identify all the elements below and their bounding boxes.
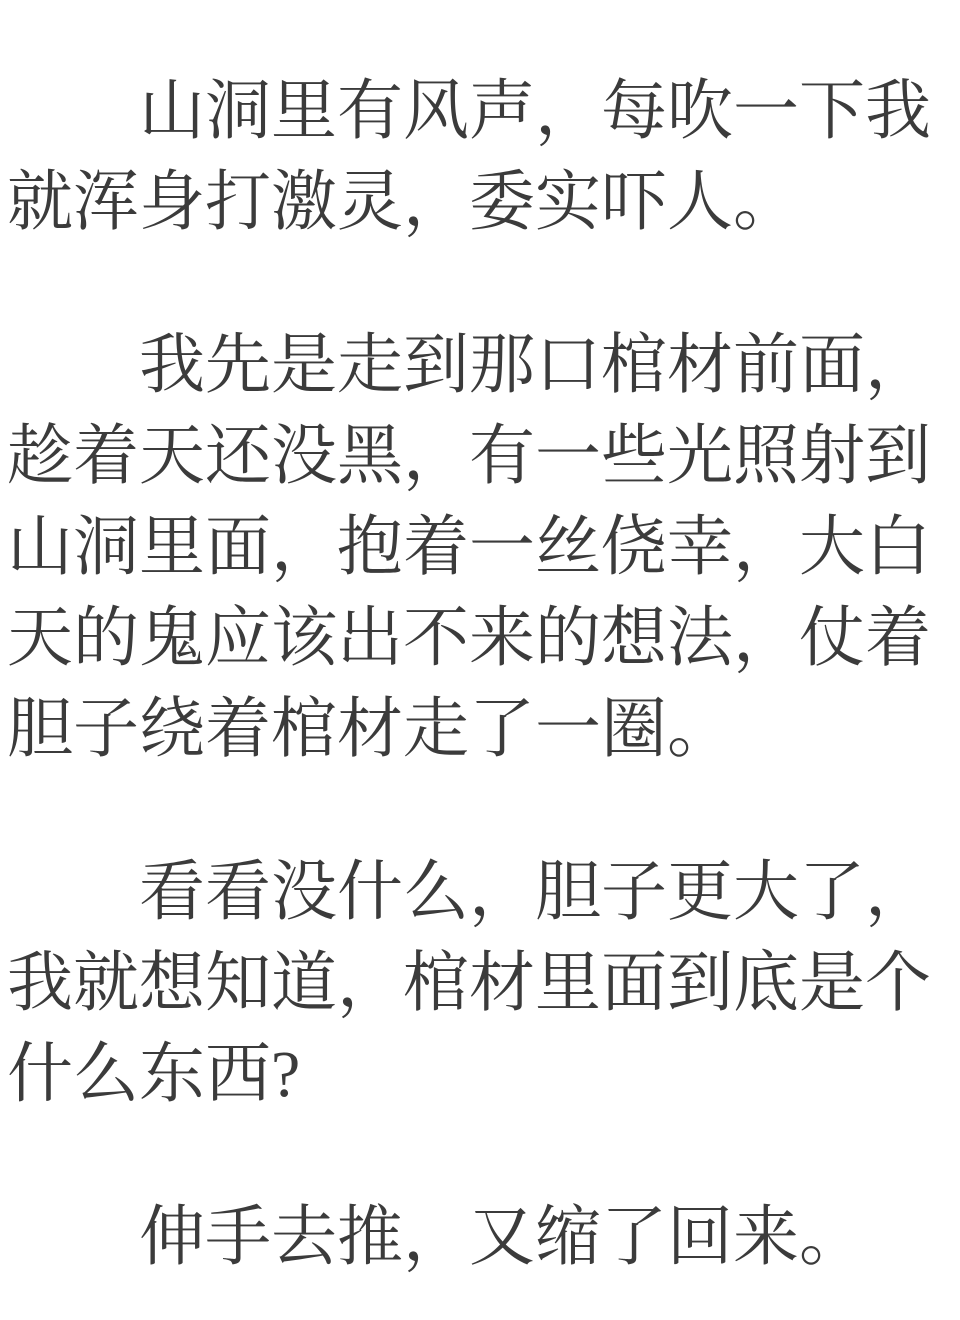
text-line: 伸手去推，又缩了回来。: [7, 1192, 953, 1283]
text-line: 看看没什么，胆子更大了，: [7, 847, 953, 938]
text-line: 胆子绕着棺材走了一圈。: [7, 684, 953, 775]
text-line: 我先是走到那口棺材前面，: [7, 320, 953, 411]
text-line: 山洞里有风声，每吹一下我: [7, 66, 953, 157]
text-line: 就浑身打激灵，委实吓人。: [7, 157, 953, 248]
text-line: 我就想知道，棺材里面到底是个: [7, 938, 953, 1029]
text-line: 天的鬼应该出不来的想法，仗着: [7, 593, 953, 684]
paragraph-4: 伸手去推，又缩了回来。: [7, 1192, 953, 1283]
text-line: 趁着天还没黑，有一些光照射到: [7, 411, 953, 502]
reader-page[interactable]: 山洞里有风声，每吹一下我 就浑身打激灵，委实吓人。 我先是走到那口棺材前面， 趁…: [0, 0, 960, 1320]
paragraph-1: 山洞里有风声，每吹一下我 就浑身打激灵，委实吓人。: [7, 66, 953, 248]
text-line: 山洞里面，抱着一丝侥幸，大白: [7, 502, 953, 593]
paragraph-2: 我先是走到那口棺材前面， 趁着天还没黑，有一些光照射到 山洞里面，抱着一丝侥幸，…: [7, 320, 953, 775]
paragraph-3: 看看没什么，胆子更大了， 我就想知道，棺材里面到底是个 什么东西?: [7, 847, 953, 1120]
text-line: 什么东西?: [7, 1029, 953, 1120]
